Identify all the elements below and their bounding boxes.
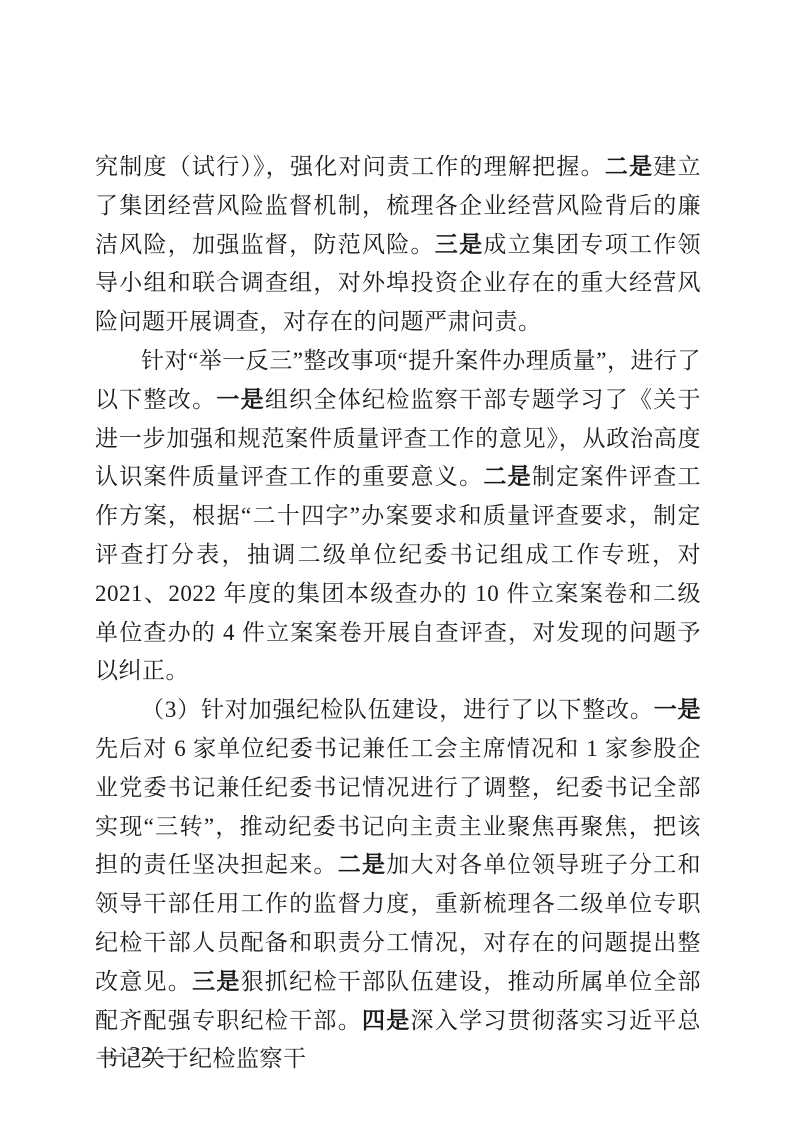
paragraph-case-quality-rectification: 针对“举一反三”整改事项“提升案件办理质量”，进行了以下整改。一是组织全体纪检监…	[95, 342, 701, 691]
page-number: — 32 —	[101, 1042, 181, 1067]
paragraph-continuation-risk-supervision: 究制度（试行）》，强化对问责工作的理解把握。二是建立了集团经营风险监督机制，梳理…	[95, 148, 701, 342]
emphasis-run: 二是	[483, 464, 532, 490]
emphasis-run: 二是	[338, 852, 387, 878]
document-body: 究制度（试行）》，强化对问责工作的理解把握。二是建立了集团经营风险监督机制，梳理…	[95, 148, 701, 1079]
emphasis-run: 二是	[605, 154, 653, 180]
text-run: 制定案件评查工作方案，根据“二十四字”办案要求和质量评查要求，制定评查打分表，抽…	[95, 464, 701, 683]
emphasis-run: 三是	[435, 232, 484, 258]
emphasis-run: 一是	[654, 697, 701, 723]
paragraph-3-discipline-team-building: （3）针对加强纪检队伍建设，进行了以下整改。一是先后对 6 家单位纪委书记兼任工…	[95, 691, 701, 1079]
emphasis-run: 一是	[216, 387, 265, 413]
text-run: 究制度（试行）》，强化对问责工作的理解把握。	[95, 154, 605, 179]
text-run: （3）针对加强纪检队伍建设，进行了以下整改。	[141, 697, 654, 722]
emphasis-run: 三是	[192, 969, 241, 995]
document-page: 究制度（试行）》，强化对问责工作的理解把握。二是建立了集团经营风险监督机制，梳理…	[0, 0, 800, 1131]
emphasis-run: 四是	[362, 1008, 411, 1034]
